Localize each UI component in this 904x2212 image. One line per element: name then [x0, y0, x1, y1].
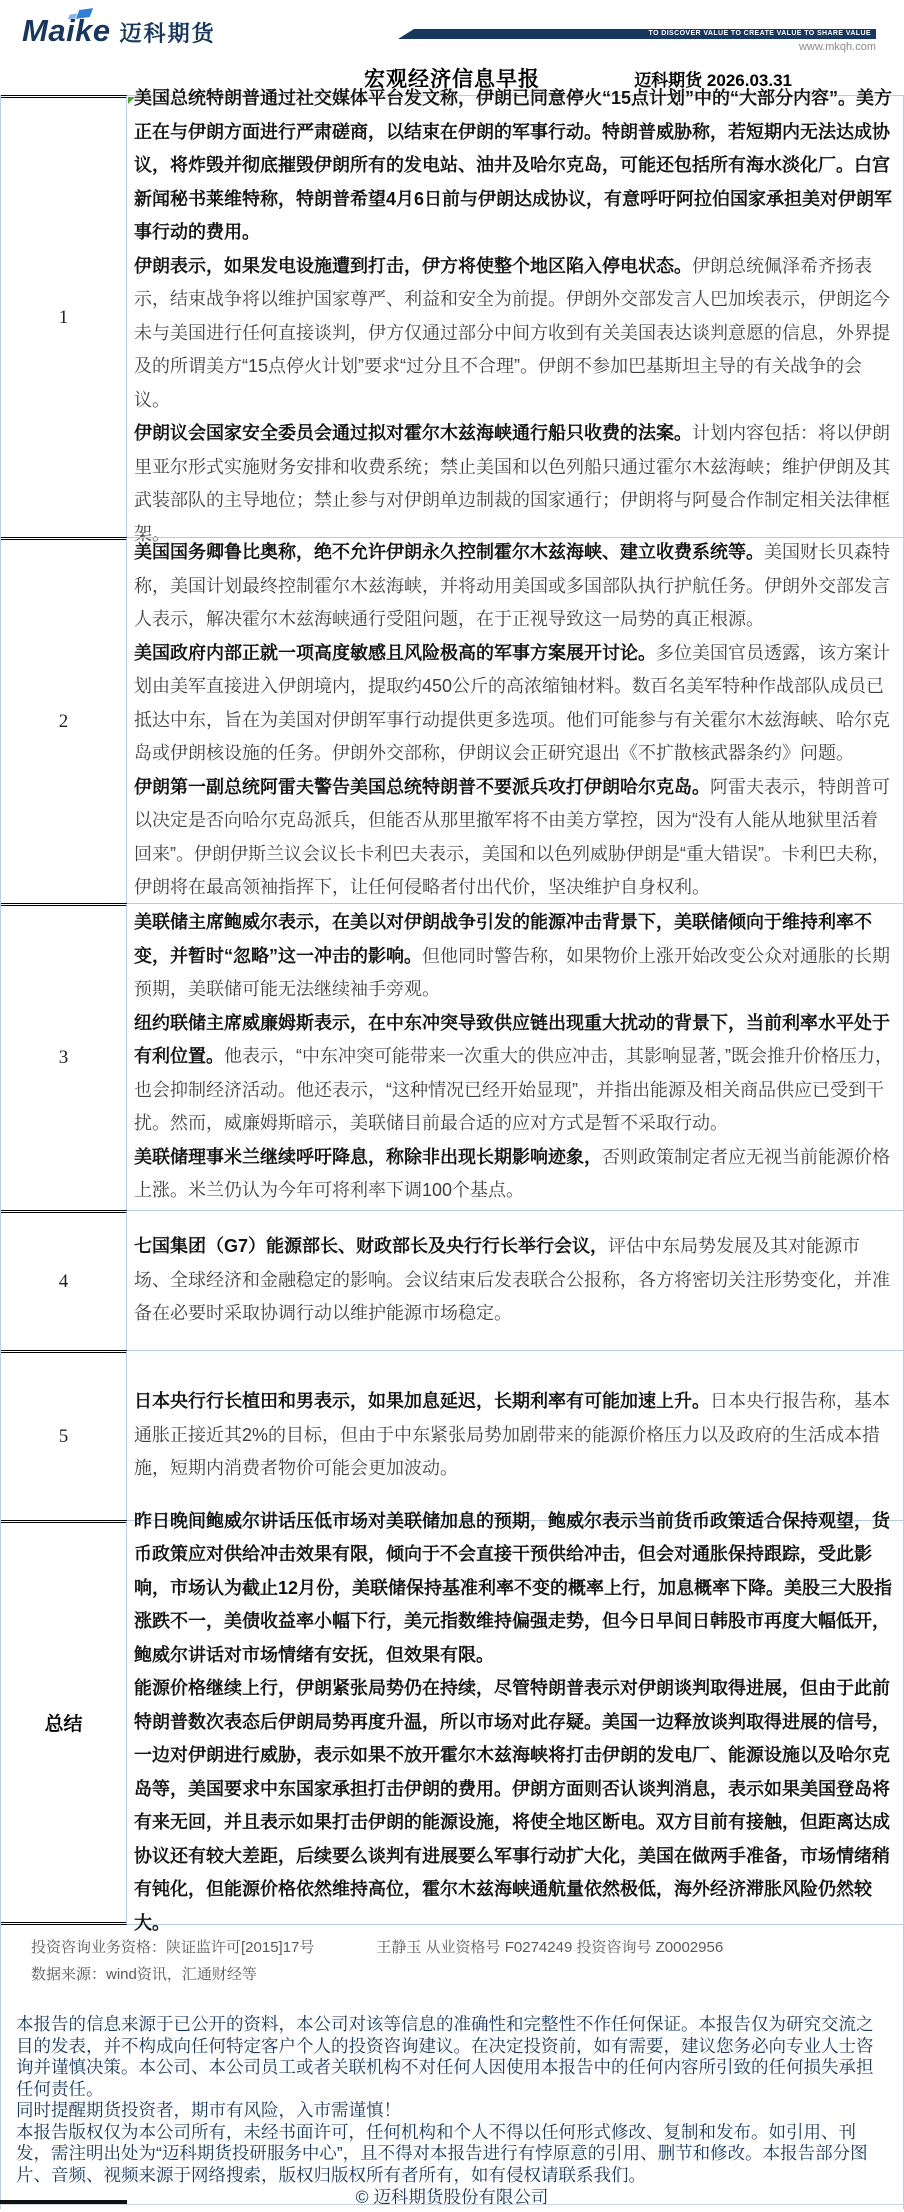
report-row: 总结昨日晚间鲍威尔讲话压低市场对美联储加息的预期，鲍威尔表示当前货币政策适合保持… [1, 1520, 903, 1925]
news-paragraph: 昨日晚间鲍威尔讲话压低市场对美联储加息的预期，鲍威尔表示当前货币政策适合保持观望… [134, 1505, 895, 1673]
disclaimer-section: 本报告的信息来源于已公开的资料，本公司对该等信息的准确性和完整性不作任何保证。本… [1, 2014, 903, 2209]
report-row: 3美联储主席鲍威尔表示，在美以对伊朗战争引发的能源冲击背景下，美联储倾向于维持利… [1, 903, 903, 1210]
news-paragraph: 美联储理事米兰继续呼吁降息，称除非出现长期影响迹象，否则政策制定者应无视当前能源… [134, 1141, 895, 1208]
footer-region: 投资咨询业务资格：陕证监许可[2015]17号 王静玉 从业资格号 F02742… [0, 1925, 904, 2209]
headline-text: 美联储理事米兰继续呼吁降息，称除非出现长期影响迹象， [134, 1147, 602, 1167]
logo-wordmark: Maike [22, 16, 111, 46]
copyright-line: © 迈科期货股份有限公司 [16, 2187, 888, 2209]
news-paragraph: 能源价格继续上行，伊朗紧张局势仍在持续，尽管特朗普表示对伊朗谈判取得进展，但由于… [134, 1672, 895, 1940]
report-row: 2美国国务卿鲁比奥称，绝不允许伊朗永久控制霍尔木兹海峡、建立收费系统等。美国财长… [1, 537, 903, 903]
row-content: 美国总统特朗普通过社交媒体平台发文称，伊朗已同意停火“15点计划”中的“大部分内… [127, 95, 903, 537]
headline-text: 伊朗第一副总统阿雷夫警告美国总统特朗普不要派兵攻打伊朗哈尔克岛。 [134, 777, 710, 797]
body-text: 伊朗总统佩泽希齐扬表示，结束战争将以维护国家尊严、利益和安全为前提。伊朗外交部发… [134, 256, 890, 410]
slogan-banner: TO DISCOVER VALUE TO CREATE VALUE TO SHA… [398, 29, 876, 39]
report-header: Maike 迈科期货 TO DISCOVER VALUE TO CREATE V… [0, 0, 904, 58]
report-row: 5日本央行行长植田和男表示，如果加息延迟，长期利率有可能加速上升。日本央行报告称… [1, 1350, 903, 1520]
headline-text: 七国集团（G7）能源部长、财政部长及央行行长举行会议， [134, 1236, 608, 1256]
headline-text: 能源价格继续上行，伊朗紧张局势仍在持续，尽管特朗普表示对伊朗谈判取得进展，但由于… [134, 1678, 890, 1933]
headline-text: 美国政府内部正就一项高度敏感且风险极高的军事方案展开讨论。 [134, 643, 656, 663]
report-row: 4七国集团（G7）能源部长、财政部长及央行行长举行会议，评估中东局势发展及其对能… [1, 1210, 903, 1350]
news-paragraph: 美国政府内部正就一项高度敏感且风险极高的军事方案展开讨论。多位美国官员透露，该方… [134, 637, 895, 771]
news-paragraph: 日本央行行长植田和男表示，如果加息延迟，长期利率有可能加速上升。日本央行报告称，… [134, 1385, 895, 1486]
row-label: 总结 [1, 1520, 127, 1925]
row-content: 日本央行行长植田和男表示，如果加息延迟，长期利率有可能加速上升。日本央行报告称，… [127, 1350, 903, 1520]
company-logo: Maike 迈科期货 [22, 16, 216, 48]
headline-text: 日本央行行长植田和男表示，如果加息延迟，长期利率有可能加速上升。 [134, 1391, 710, 1411]
comment-marker-icon [128, 97, 135, 104]
logo-company-name: 迈科期货 [120, 17, 216, 48]
news-paragraph: 伊朗议会国家安全委员会通过拟对霍尔木兹海峡通行船只收费的法案。计划内容包括：将以… [134, 417, 895, 551]
row-content: 昨日晚间鲍威尔讲话压低市场对美联储加息的预期，鲍威尔表示当前货币政策适合保持观望… [127, 1520, 903, 1925]
news-paragraph: 伊朗第一副总统阿雷夫警告美国总统特朗普不要派兵攻打伊朗哈尔克岛。阿雷夫表示，特朗… [134, 771, 895, 905]
row-label: 1 [1, 95, 127, 537]
data-source: 数据来源：wind资讯，汇通财经等 [31, 1961, 903, 1988]
bottom-divider [0, 2204, 904, 2205]
news-paragraph: 美国国务卿鲁比奥称，绝不允许伊朗永久控制霍尔木兹海峡、建立收费系统等。美国财长贝… [134, 536, 895, 637]
disclaimer-paragraph: 同时提醒期货投资者，期市有风险，入市需谨慎！ [16, 2100, 888, 2122]
headline-text: 伊朗表示，如果发电设施遭到打击，伊方将使整个地区陷入停电状态。 [134, 256, 692, 276]
row-content: 美国国务卿鲁比奥称，绝不允许伊朗永久控制霍尔木兹海峡、建立收费系统等。美国财长贝… [127, 537, 903, 903]
website-url: www.mkqh.com [799, 41, 876, 53]
row-label: 4 [1, 1210, 127, 1350]
body-text: 他表示，“中东冲突可能带来一次重大的供应冲击，其影响显著，”既会推升价格压力，也… [134, 1046, 893, 1133]
row-label: 2 [1, 537, 127, 903]
news-paragraph: 美国总统特朗普通过社交媒体平台发文称，伊朗已同意停火“15点计划”中的“大部分内… [134, 82, 895, 250]
row-label: 5 [1, 1350, 127, 1520]
news-paragraph: 七国集团（G7）能源部长、财政部长及央行行长举行会议，评估中东局势发展及其对能源… [134, 1230, 895, 1331]
report-row: 1美国总统特朗普通过社交媒体平台发文称，伊朗已同意停火“15点计划”中的“大部分… [1, 95, 903, 537]
row-label: 3 [1, 903, 127, 1210]
headline-text: 昨日晚间鲍威尔讲话压低市场对美联储加息的预期，鲍威尔表示当前货币政策适合保持观望… [134, 1511, 892, 1665]
row-content: 七国集团（G7）能源部长、财政部长及央行行长举行会议，评估中东局势发展及其对能源… [127, 1210, 903, 1350]
headline-text: 美国总统特朗普通过社交媒体平台发文称，伊朗已同意停火“15点计划”中的“大部分内… [134, 88, 892, 242]
disclaimer-paragraph: 本报告的信息来源于已公开的资料，本公司对该等信息的准确性和完整性不作任何保证。本… [16, 2014, 888, 2100]
news-paragraph: 伊朗表示，如果发电设施遭到打击，伊方将使整个地区陷入停电状态。伊朗总统佩泽希齐扬… [134, 250, 895, 418]
news-paragraph: 纽约联储主席威廉姆斯表示，在中东冲突导致供应链出现重大扰动的背景下，当前利率水平… [134, 1007, 895, 1141]
disclaimer-paragraph: 本报告版权仅为本公司所有，未经书面许可，任何机构和个人不得以任何形式修改、复制和… [16, 2122, 888, 2187]
report-table: 1美国总统特朗普通过社交媒体平台发文称，伊朗已同意停火“15点计划”中的“大部分… [0, 95, 904, 1925]
news-paragraph: 美联储主席鲍威尔表示，在美以对伊朗战争引发的能源冲击背景下，美联储倾向于维持利率… [134, 906, 895, 1007]
row-content: 美联储主席鲍威尔表示，在美以对伊朗战争引发的能源冲击背景下，美联储倾向于维持利率… [127, 903, 903, 1210]
headline-text: 伊朗议会国家安全委员会通过拟对霍尔木兹海峡通行船只收费的法案。 [134, 423, 692, 443]
headline-text: 美国国务卿鲁比奥称，绝不允许伊朗永久控制霍尔木兹海峡、建立收费系统等。 [134, 542, 764, 562]
